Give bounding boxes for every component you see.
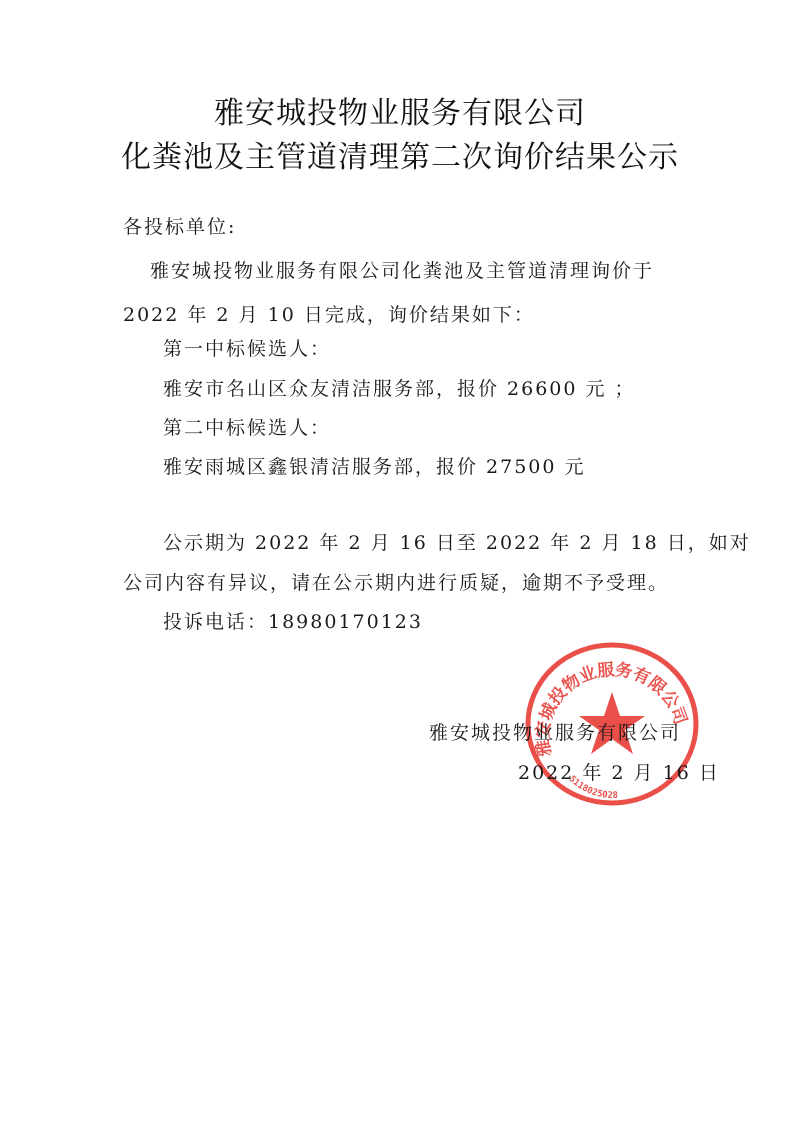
candidate-1-detail: 雅安市名山区众友清洁服务部，报价 26600 元 ；: [163, 374, 636, 401]
intro-line-2: 2022 年 2 月 10 日完成，询价结果如下：: [123, 300, 535, 327]
complaint-phone: 投诉电话：18980170123: [163, 607, 423, 634]
document-title-line-1: 雅安城投物业服务有限公司: [0, 88, 800, 132]
signature-company: 雅安城投物业服务有限公司: [429, 718, 681, 745]
intro-line-1: 雅安城投物业服务有限公司化粪池及主管道清理询价于: [150, 256, 654, 283]
notice-line-1: 公示期为 2022 年 2 月 16 日至 2022 年 2 月 18 日，如对: [163, 528, 751, 555]
signature-date: 2022 年 2 月 16 日: [518, 758, 720, 785]
candidate-2-rank: 第二中标候选人：: [163, 413, 331, 440]
notice-line-2: 公司内容有异议，请在公示期内进行质疑，逾期不予受理。: [123, 568, 669, 595]
candidate-1-rank: 第一中标候选人：: [163, 334, 331, 361]
salutation: 各投标单位:: [123, 212, 236, 239]
document-title-line-2: 化粪池及主管道清理第二次询价结果公示: [0, 132, 800, 176]
candidate-2-detail: 雅安雨城区鑫银清洁服务部，报价 27500 元: [163, 452, 586, 479]
